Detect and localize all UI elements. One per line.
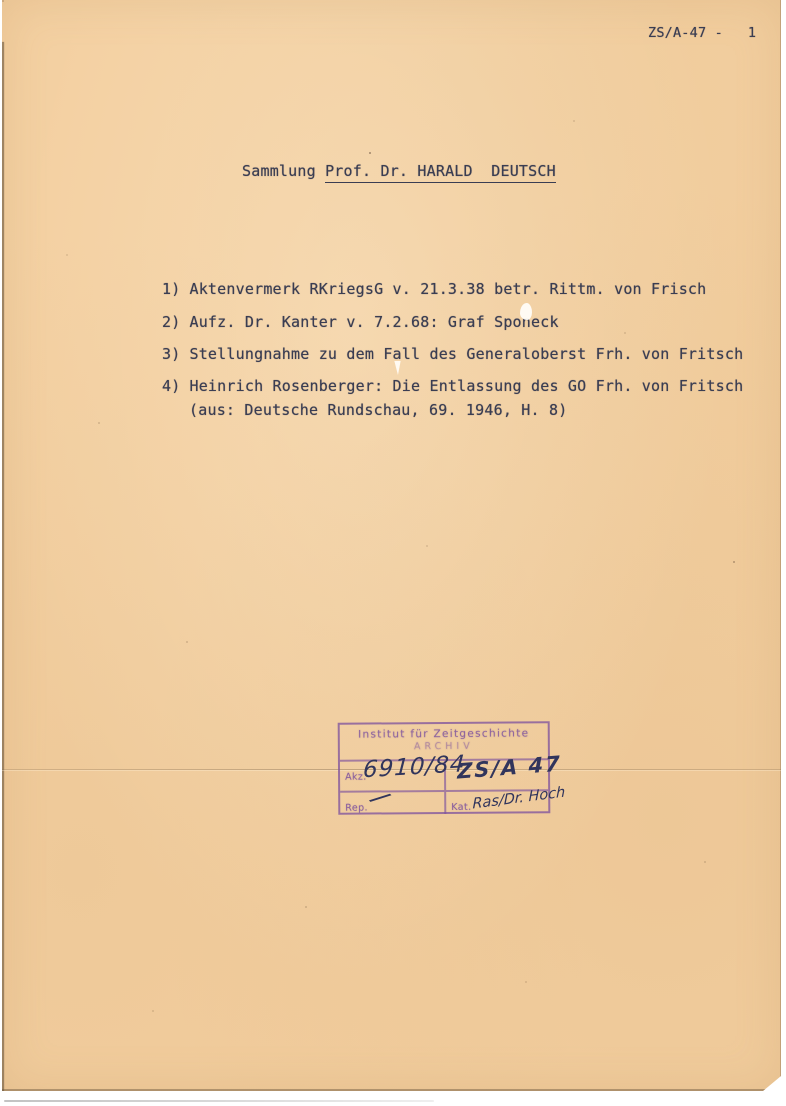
stamp-archive-label: ARCHIV: [340, 740, 548, 752]
item-text: Aktenvermerk RKriegsG v. 21.3.38 betr. R…: [189, 280, 706, 298]
list-item-1: 1)Aktenvermerk RKriegsG v. 21.3.38 betr.…: [162, 281, 706, 298]
stamp-cell-akz: Akz. 6910/84: [340, 761, 446, 791]
scan-bottom-shadow: [4, 1100, 434, 1102]
stamp-cell-signature: ZS/A 47: [446, 760, 548, 790]
rep-label: Rep.: [345, 803, 368, 814]
list-item-2: 2)Aufz. Dr. Kanter v. 7.2.68: Graf Spone…: [162, 314, 559, 331]
stamp-row-accession: Akz. 6910/84 ZS/A 47: [340, 760, 548, 792]
scan-left-edge: [2, 42, 4, 1091]
item-text: Aufz. Dr. Kanter v. 7.2.68: Graf Sponeck: [189, 313, 558, 331]
item-number: 3): [162, 345, 180, 363]
whiteout-correction-mark: [520, 303, 532, 320]
paper-grain-speckles: [2, 0, 4, 2]
stamp-cell-rep: Rep. /: [340, 792, 446, 815]
title-name-underlined: Prof. Dr. HARALD DEUTSCH: [325, 162, 556, 183]
scan-right-edge: [780, 0, 781, 1091]
list-item-4-continuation: (aus: Deutsche Rundschau, 69. 1946, H. 8…: [189, 402, 567, 419]
item-number: 2): [162, 313, 180, 331]
stamp-cell-kat: Kat. Ras/Dr. Hoch: [446, 791, 548, 814]
list-item-4: 4)Heinrich Rosenberger: Die Entlassung d…: [162, 378, 743, 395]
title-prefix: Sammlung: [242, 162, 325, 180]
item-text: Heinrich Rosenberger: Die Entlassung des…: [189, 377, 743, 395]
archive-stamp: Institut für Zeitgeschichte ARCHIV Akz. …: [338, 721, 551, 814]
archive-reference-number: ZS/A-47 - 1: [648, 26, 756, 42]
item-text: Stellungnahme zu dem Fall des Generalobe…: [189, 345, 743, 363]
item-number: 1): [162, 280, 180, 298]
item-text: (aus: Deutsche Rundschau, 69. 1946, H. 8…: [189, 401, 567, 419]
scanned-paper-sheet: ZS/A-47 - 1 Sammlung Prof. Dr. HARALD DE…: [2, 0, 781, 1091]
list-item-3: 3)Stellungnahme zu dem Fall des Generalo…: [162, 346, 743, 363]
kat-label: Kat.: [451, 802, 471, 813]
stamp-institute-name: Institut für Zeitgeschichte: [340, 727, 548, 740]
scan-bottom-edge: [2, 1089, 781, 1091]
stamp-row-rep-kat: Rep. / Kat. Ras/Dr. Hoch: [340, 791, 548, 814]
item-number: 4): [162, 377, 180, 395]
document-title: Sammlung Prof. Dr. HARALD DEUTSCH: [242, 163, 556, 180]
